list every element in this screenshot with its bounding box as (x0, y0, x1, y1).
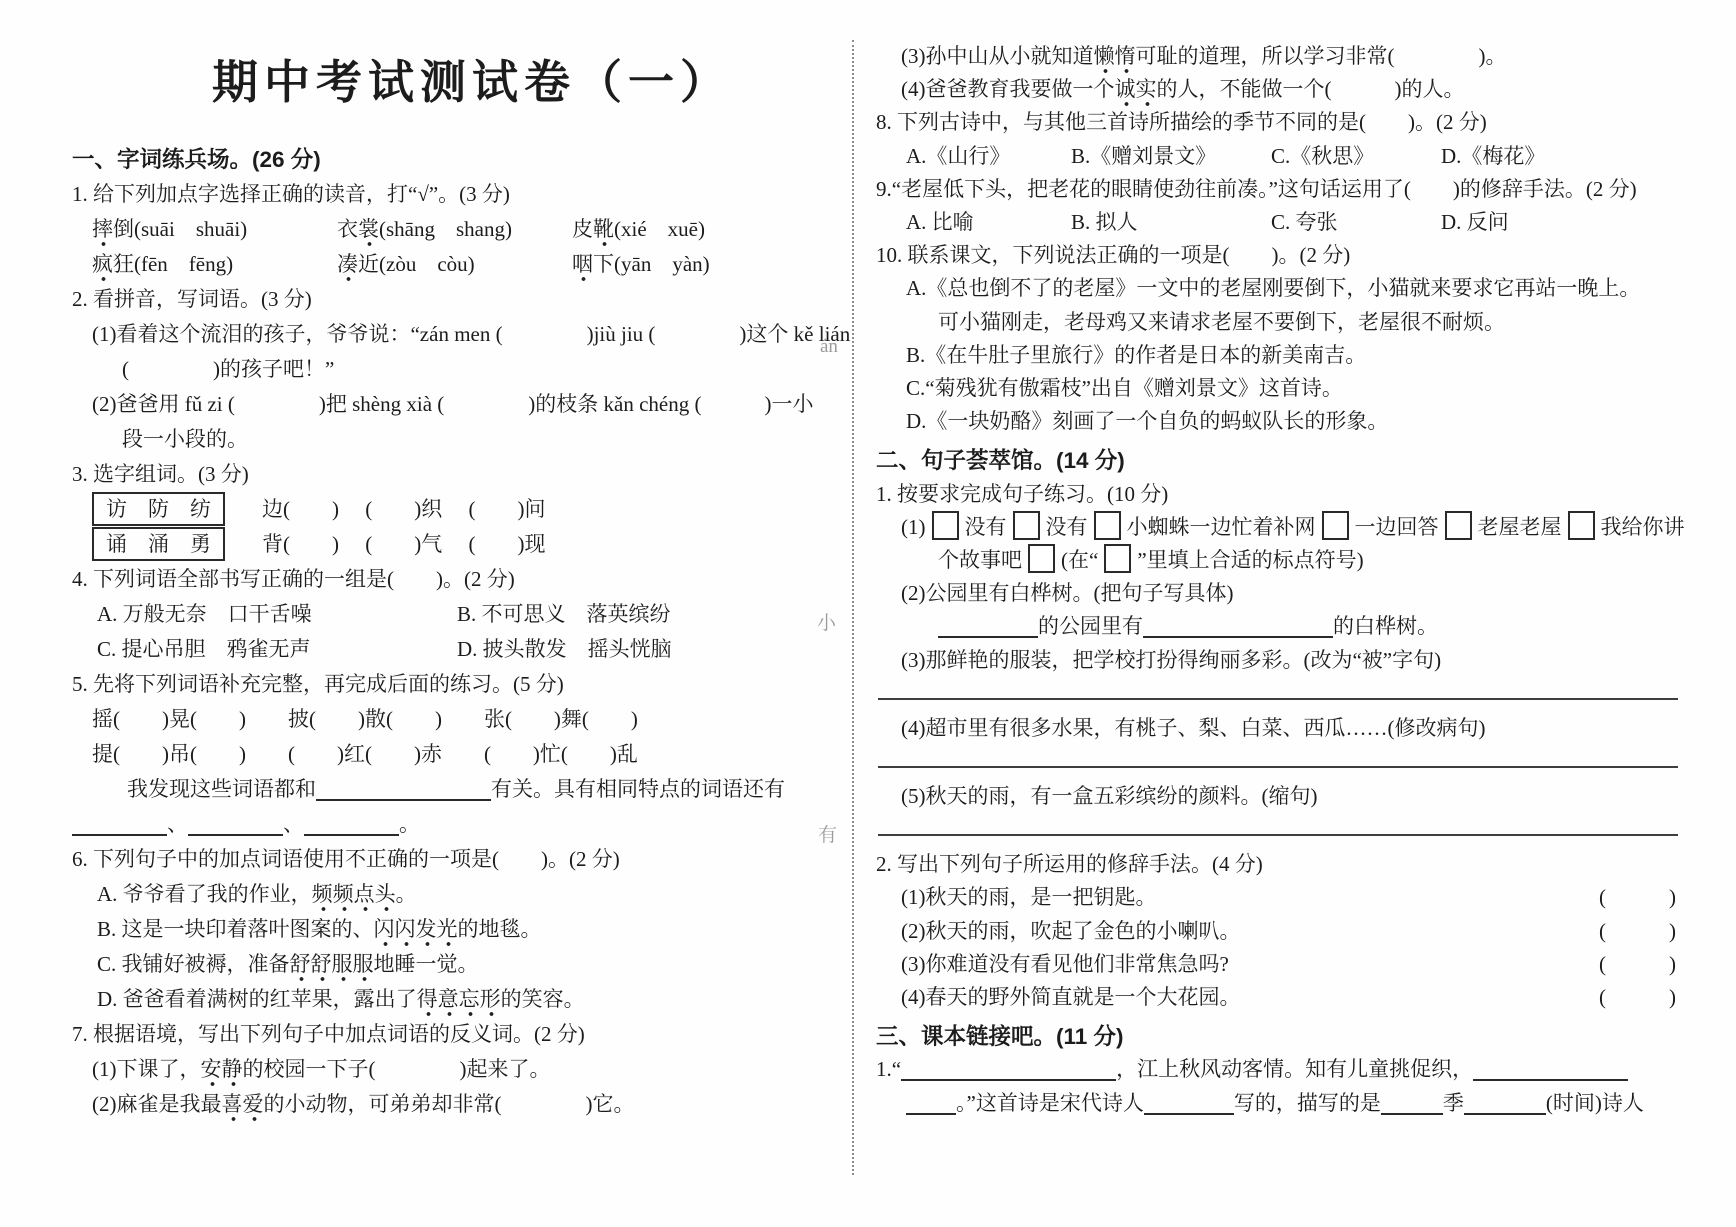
text-run: 个故事吧 (938, 548, 1022, 572)
punctuation-box (932, 511, 959, 540)
text-run: (1)看着这个流泪的孩子，爷爷说：“zán men ( )jiù jiu ( )… (92, 322, 850, 346)
question-line: (2)秋天的雨，吹起了金色的小喇叭。( ) (876, 915, 1680, 948)
question-line: (1)下课了，安静的校园一下子( )起来了。 (72, 1052, 872, 1087)
question-line: 7. 根据语境，写出下列句子中加点词语的反义词。(2 分) (72, 1017, 872, 1052)
text-run: 写的，描写的是 (1234, 1091, 1381, 1115)
question-line: 2. 写出下列句子所运用的修辞手法。(4 分) (876, 848, 1680, 881)
left-column: 一、字词练兵场。(26 分)1. 给下列加点字选择正确的读音，打“√”。(3 分… (72, 142, 872, 1122)
exam-paper: 期中考试测试卷（一） 一、字词练兵场。(26 分)1. 给下列加点字选择正确的读… (0, 0, 1736, 1227)
text-run: 近(zòu còu) (358, 252, 475, 276)
text-run: B. 这是一块印着落叶图案的、 (97, 917, 374, 941)
text-run: (shāng shang) (379, 217, 512, 241)
question-line: B.《在牛肚子里旅行》的作者是日本的新美南吉。 (876, 339, 1680, 372)
question-line: 段一小段的。 (72, 422, 872, 457)
text-run: 摇( )晃( ) 披( )散( ) 张( )舞( ) (92, 707, 638, 731)
question-line: ( )的孩子吧！” (72, 352, 872, 387)
question-line: (5)秋天的雨，有一盒五彩缤纷的颜料。(缩句) (876, 780, 1680, 813)
text-run: ”里填上合适的标点符号) (1137, 548, 1363, 572)
text-run: 、 (167, 812, 188, 836)
emphasized-word: 频频点头 (312, 882, 396, 912)
text-run: D.《梅花》 (1441, 144, 1545, 168)
text-run: A. 万般无奈 口干舌噪 (97, 602, 312, 626)
text-run: 我发现这些词语都和 (127, 777, 316, 801)
question-line: 、、。 (72, 807, 872, 842)
option-cell: C. 提心吊胆 鸦雀无声 (97, 632, 457, 667)
answer-parens: ( ) (1599, 881, 1676, 914)
emphasized-word: 疯 (92, 252, 113, 282)
punctuation-box (1094, 511, 1121, 540)
text-run: 3. 选字组词。(3 分) (72, 462, 249, 486)
question-line: (1)看着这个流泪的孩子，爷爷说：“zán men ( )jiù jiu ( )… (72, 317, 872, 352)
emphasized-word: 喜爱 (222, 1092, 264, 1122)
emphasized-word: 摔 (92, 217, 113, 247)
option-cell: 疯狂(fēn fēng) (92, 247, 337, 282)
text-run: 三、课本链接吧。(11 分) (876, 1024, 1124, 1049)
question-line: 3. 选字组词。(3 分) (72, 457, 872, 492)
text-run: 的笑容。 (501, 987, 585, 1011)
fill-in-blank (938, 612, 1038, 638)
text-run: 的小动物，可弟弟却非常( )它。 (264, 1092, 635, 1116)
text-run: 季 (1443, 1091, 1464, 1115)
question-line: D.《一块奶酪》刻画了一个自负的蚂蚁队长的形象。 (876, 405, 1680, 438)
text-run: 倒(suāi shuāi) (113, 217, 247, 241)
emphasized-word: 懒惰 (1094, 44, 1136, 74)
text-run: 的公园里有 (1038, 614, 1143, 638)
punctuation-box (1322, 511, 1349, 540)
question-line: A. 万般无奈 口干舌噪B. 不可思义 落英缤纷 (72, 597, 872, 632)
option-cell: B. 不可思义 落英缤纷 (457, 597, 671, 632)
question-line: 10. 联系课文，下列说法正确的一项是( )。(2 分) (876, 239, 1680, 272)
punctuation-box (1568, 511, 1595, 540)
fill-in-blank (316, 775, 491, 801)
question-line: C.“菊残犹有傲霜枝”出自《赠刘景文》这首诗。 (876, 372, 1680, 405)
fill-in-blank (1381, 1089, 1443, 1115)
option-cell: 摔倒(suāi shuāi) (92, 212, 337, 247)
option-cell: 凑近(zòu còu) (337, 247, 572, 282)
question-line: 诵 涌 勇 背( ) ( )气 ( )现 (72, 527, 872, 562)
text-run: 4. 下列词语全部书写正确的一组是( )。(2 分) (72, 567, 515, 591)
answer-line (878, 833, 1678, 836)
text-run: ，江上秋风动客情。知有儿童挑促织， (1116, 1057, 1473, 1081)
text-run: D. 爸爸看着满树的红苹果，露出了 (97, 987, 417, 1011)
question-line: 可小猫刚走，老母鸡又来请求老屋不要倒下，老屋很不耐烦。 (876, 306, 1680, 339)
text-run: 。”这首诗是宋代诗人 (956, 1091, 1144, 1115)
text-run: A.《山行》 (906, 144, 1010, 168)
text-run: B. 拟人 (1071, 210, 1138, 234)
option-cell: A. 万般无奈 口干舌噪 (97, 597, 457, 632)
question-line: 提( )吊( ) ( )红( )赤 ( )忙( )乱 (72, 737, 872, 772)
text-run: 有关。具有相同特点的词语还有 (491, 777, 785, 801)
text-run: 8. 下列古诗中，与其他三首诗所描绘的季节不同的是( )。(2 分) (876, 110, 1487, 134)
bleed-through-text: 小 (817, 608, 836, 635)
question-line: 疯狂(fēn fēng)凑近(zòu còu)咽下(yān yàn) (72, 247, 872, 282)
fill-in-blank (72, 810, 167, 836)
emphasized-word: 得意忘形 (417, 987, 501, 1017)
option-cell: C.《秋思》 (1271, 140, 1441, 173)
text-run: (3)那鲜艳的服装，把学校打扮得绚丽多彩。(改为“被”字句) (901, 648, 1441, 672)
question-line: 8. 下列古诗中，与其他三首诗所描绘的季节不同的是( )。(2 分) (876, 106, 1680, 139)
text-run: 边( ) ( )织 ( )问 (241, 497, 545, 521)
emphasized-word: 闪闪发光 (374, 917, 458, 947)
punctuation-box (1445, 511, 1472, 540)
fill-in-blank (1473, 1055, 1628, 1081)
emphasized-word: 舒舒服服 (290, 952, 374, 982)
emphasized-word: 咽 (572, 252, 593, 282)
option-cell: A.《山行》 (906, 140, 1071, 173)
fill-in-blank (1144, 1089, 1234, 1115)
text-run: 2. 写出下列句子所运用的修辞手法。(4 分) (876, 852, 1263, 876)
question-line: 1. 按要求完成句子练习。(10 分) (876, 478, 1680, 511)
text-run: 二、句子荟萃馆。(14 分) (876, 448, 1125, 473)
question-line: 。”这首诗是宋代诗人写的，描写的是季(时间)诗人 (876, 1087, 1680, 1120)
text-run: 皮 (572, 217, 593, 241)
bleed-through-text: án (820, 336, 838, 358)
text-run: (时间)诗人 (1546, 1091, 1644, 1115)
emphasized-word: 诚实 (1115, 77, 1157, 107)
option-cell: 皮靴(xié xuē) (572, 212, 705, 247)
punctuation-box (1013, 511, 1040, 540)
right-column: (3)孙中山从小就知道懒惰可耻的道理，所以学习非常( )。(4)爸爸教育我要做一… (876, 40, 1680, 1120)
text-run: (4)春天的野外简直就是一个大花园。 (901, 985, 1241, 1009)
question-line: 4. 下列词语全部书写正确的一组是( )。(2 分) (72, 562, 872, 597)
text-run: D.《一块奶酪》刻画了一个自负的蚂蚁队长的形象。 (906, 409, 1388, 433)
text-run: 老屋老屋 (1478, 515, 1562, 539)
text-run: C.《秋思》 (1271, 144, 1374, 168)
text-run: 一边回答 (1355, 515, 1439, 539)
bleed-through-text: 有 (818, 820, 837, 847)
text-run: 、 (283, 812, 304, 836)
question-line: (1)没有没有小蜘蛛一边忙着补网一边回答老屋老屋我给你讲 (876, 511, 1680, 544)
question-line: (3)你难道没有看见他们非常焦急吗?( ) (876, 948, 1680, 981)
character-choice-box: 诵 涌 勇 (92, 527, 225, 561)
emphasized-word: 靴 (593, 217, 614, 247)
text-run: (1) (901, 515, 926, 539)
section-heading: 一、字词练兵场。(26 分) (72, 142, 872, 177)
text-run: (2)麻雀是我最 (92, 1092, 222, 1116)
emphasized-word: 凑 (337, 252, 358, 282)
option-cell: B. 拟人 (1071, 206, 1271, 239)
text-run: 5. 先将下列词语补充完整，再完成后面的练习。(5 分) (72, 672, 564, 696)
question-line: 个故事吧(在“”里填上合适的标点符号) (876, 544, 1680, 577)
text-run: B.《赠刘景文》 (1071, 144, 1216, 168)
section-heading: 二、句子荟萃馆。(14 分) (876, 444, 1680, 477)
text-run: 一、字词练兵场。(26 分) (72, 147, 321, 172)
question-line: 访 防 纺 边( ) ( )织 ( )问 (72, 492, 872, 527)
question-line: (3)那鲜艳的服装，把学校打扮得绚丽多彩。(改为“被”字句) (876, 644, 1680, 677)
question-line: 1. 给下列加点字选择正确的读音，打“√”。(3 分) (72, 177, 872, 212)
text-run: C. 夸张 (1271, 210, 1338, 234)
text-run: (在“ (1061, 548, 1098, 572)
text-run: 下(yān yàn) (593, 252, 710, 276)
text-run: 可小猫刚走，老母鸡又来请求老屋不要倒下，老屋很不耐烦。 (938, 310, 1505, 334)
text-run: 我给你讲 (1601, 515, 1685, 539)
text-run: 的校园一下子( )起来了。 (243, 1057, 551, 1081)
question-line: (4)爸爸教育我要做一个诚实的人，不能做一个( )的人。 (876, 73, 1680, 106)
text-run: 地睡一觉。 (374, 952, 479, 976)
option-cell: D. 披头散发 摇头恍脑 (457, 632, 672, 667)
question-line: 6. 下列句子中的加点词语使用不正确的一项是( )。(2 分) (72, 842, 872, 877)
text-run: 7. 根据语境，写出下列句子中加点词语的反义词。(2 分) (72, 1022, 585, 1046)
question-line: (2)爸爸用 fǔ zi ( )把 shèng xià ( )的枝条 kǎn c… (72, 387, 872, 422)
text-run: 2. 看拼音，写词语。(3 分) (72, 287, 312, 311)
question-line: 摔倒(suāi shuāi)衣裳(shāng shang)皮靴(xié xuē) (72, 212, 872, 247)
answer-parens: ( ) (1599, 981, 1676, 1014)
text-run: (2)秋天的雨，吹起了金色的小喇叭。 (901, 919, 1241, 943)
text-run: 小蜘蛛一边忙着补网 (1127, 515, 1316, 539)
text-run: D. 披头散发 摇头恍脑 (457, 637, 672, 661)
option-cell: C. 夸张 (1271, 206, 1441, 239)
page-title: 期中考试测试卷（一） (72, 46, 872, 112)
text-run: 段一小段的。 (122, 427, 248, 451)
question-line: C. 提心吊胆 鸦雀无声D. 披头散发 摇头恍脑 (72, 632, 872, 667)
fill-in-blank (906, 1089, 956, 1115)
text-run: B.《在牛肚子里旅行》的作者是日本的新美南吉。 (906, 343, 1366, 367)
option-cell: D.《梅花》 (1441, 140, 1545, 173)
text-run: 背( ) ( )气 ( )现 (241, 532, 545, 556)
question-line: 1.“，江上秋风动客情。知有儿童挑促织， (876, 1053, 1680, 1086)
punctuation-box (1104, 544, 1131, 573)
question-line: (1)秋天的雨，是一把钥匙。( ) (876, 881, 1680, 914)
text-run: B. 不可思义 落英缤纷 (457, 602, 671, 626)
option-cell: D. 反问 (1441, 206, 1509, 239)
text-run: 没有 (1046, 515, 1088, 539)
question-line: (2)麻雀是我最喜爱的小动物，可弟弟却非常( )它。 (72, 1087, 872, 1122)
text-run: 的白桦树。 (1333, 614, 1438, 638)
text-run: (1)下课了， (92, 1057, 201, 1081)
text-run: 1. 按要求完成句子练习。(10 分) (876, 482, 1168, 506)
option-cell: 咽下(yān yàn) (572, 247, 710, 282)
question-line: 摇( )晃( ) 披( )散( ) 张( )舞( ) (72, 702, 872, 737)
question-line: A. 比喻B. 拟人C. 夸张D. 反问 (876, 206, 1680, 239)
question-line: 2. 看拼音，写词语。(3 分) (72, 282, 872, 317)
question-line: 9.“老屋低下头，把老花的眼睛使劲往前凑。”这句话运用了( )的修辞手法。(2 … (876, 173, 1680, 206)
text-run: C. 提心吊胆 鸦雀无声 (97, 637, 311, 661)
text-run: (4)超市里有很多水果，有桃子、梨、白菜、西瓜……(修改病句) (901, 716, 1485, 740)
question-line: B. 这是一块印着落叶图案的、闪闪发光的地毯。 (72, 912, 872, 947)
question-line: (2)公园里有白桦树。(把句子写具体) (876, 577, 1680, 610)
question-line: (4)超市里有很多水果，有桃子、梨、白菜、西瓜……(修改病句) (876, 712, 1680, 745)
text-run: 9.“老屋低下头，把老花的眼睛使劲往前凑。”这句话运用了( )的修辞手法。(2 … (876, 177, 1637, 201)
answer-line (878, 697, 1678, 700)
text-run: (3)你难道没有看见他们非常焦急吗? (901, 952, 1229, 976)
text-run: (2)公园里有白桦树。(把句子写具体) (901, 581, 1233, 605)
question-line: C. 我铺好被褥，准备舒舒服服地睡一觉。 (72, 947, 872, 982)
question-line: 5. 先将下列词语补充完整，再完成后面的练习。(5 分) (72, 667, 872, 702)
text-run: (2)爸爸用 fǔ zi ( )把 shèng xià ( )的枝条 kǎn c… (92, 392, 813, 416)
punctuation-box (1028, 544, 1055, 573)
text-run: (5)秋天的雨，有一盒五彩缤纷的颜料。(缩句) (901, 784, 1317, 808)
question-line: (4)春天的野外简直就是一个大花园。( ) (876, 981, 1680, 1014)
character-choice-box: 访 防 纺 (92, 492, 225, 526)
text-run: 1. 给下列加点字选择正确的读音，打“√”。(3 分) (72, 182, 510, 206)
text-run: 6. 下列句子中的加点词语使用不正确的一项是( )。(2 分) (72, 847, 620, 871)
question-line: 的公园里有的白桦树。 (876, 610, 1680, 643)
text-run: A. 比喻 (906, 210, 974, 234)
text-run: 1.“ (876, 1057, 901, 1081)
text-run: (xié xuē) (614, 217, 705, 241)
text-run: 狂(fēn fēng) (113, 252, 233, 276)
text-run: C.“菊残犹有傲霜枝”出自《赠刘景文》这首诗。 (906, 376, 1343, 400)
text-run: ( )的孩子吧！” (122, 357, 334, 381)
emphasized-word: 裳 (358, 217, 379, 247)
option-cell: B.《赠刘景文》 (1071, 140, 1271, 173)
emphasized-word: 安静 (201, 1057, 243, 1087)
text-run: 没有 (965, 515, 1007, 539)
answer-parens: ( ) (1599, 915, 1676, 948)
text-run: D. 反问 (1441, 210, 1509, 234)
text-run: (1)秋天的雨，是一把钥匙。 (901, 885, 1157, 909)
text-run: 10. 联系课文，下列说法正确的一项是( )。(2 分) (876, 243, 1350, 267)
option-cell: 衣裳(shāng shang) (337, 212, 572, 247)
text-run: (3)孙中山从小就知道 (901, 44, 1094, 68)
fill-in-blank (1464, 1089, 1546, 1115)
text-run: 。 (396, 882, 417, 906)
text-run: A.《总也倒不了的老屋》一文中的老屋刚要倒下，小猫就来要求它再站一晚上。 (906, 276, 1640, 300)
question-line: 我发现这些词语都和有关。具有相同特点的词语还有 (72, 772, 872, 807)
text-run: C. 我铺好被褥，准备 (97, 952, 290, 976)
answer-line (878, 765, 1678, 768)
text-run: A. 爷爷看了我的作业， (97, 882, 312, 906)
answer-parens: ( ) (1599, 948, 1676, 981)
fill-in-blank (188, 810, 283, 836)
text-run: 可耻的道理，所以学习非常( )。 (1136, 44, 1507, 68)
text-run: 的地毯。 (458, 917, 542, 941)
question-line: (3)孙中山从小就知道懒惰可耻的道理，所以学习非常( )。 (876, 40, 1680, 73)
text-run: 。 (399, 812, 420, 836)
question-line: A. 爷爷看了我的作业，频频点头。 (72, 877, 872, 912)
option-cell: A. 比喻 (906, 206, 1071, 239)
text-run: 的人，不能做一个( )的人。 (1157, 77, 1465, 101)
fill-in-blank (901, 1055, 1116, 1081)
question-line: A.《山行》B.《赠刘景文》C.《秋思》D.《梅花》 (876, 140, 1680, 173)
fill-in-blank (1143, 612, 1333, 638)
text-run: (4)爸爸教育我要做一个 (901, 77, 1115, 101)
section-heading: 三、课本链接吧。(11 分) (876, 1020, 1680, 1053)
question-line: A.《总也倒不了的老屋》一文中的老屋刚要倒下，小猫就来要求它再站一晚上。 (876, 272, 1680, 305)
fill-in-blank (304, 810, 399, 836)
question-line: D. 爸爸看着满树的红苹果，露出了得意忘形的笑容。 (72, 982, 872, 1017)
text-run: 衣 (337, 217, 358, 241)
text-run: 提( )吊( ) ( )红( )赤 ( )忙( )乱 (92, 742, 638, 766)
